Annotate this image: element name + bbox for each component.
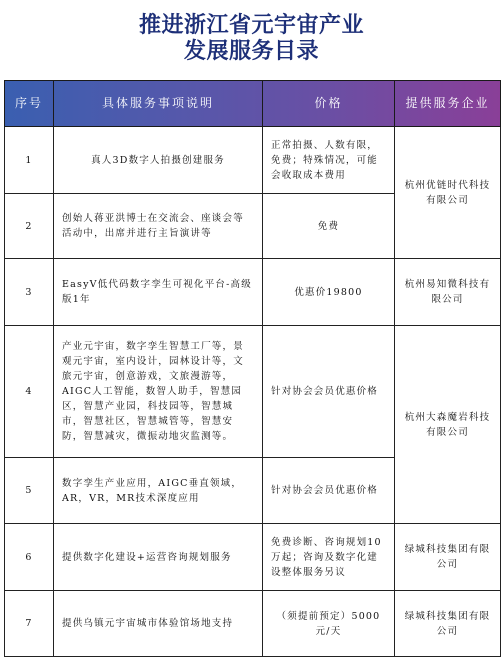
row-company: 杭州易知微科技有限公司 <box>395 259 501 326</box>
header-price: 价格 <box>263 81 395 127</box>
table-row: 4 产业元宇宙，数字孪生智慧工厂等，景观元宇宙，室内设计，园林设计等，文旅元宇宙… <box>5 326 501 458</box>
table-row: 6 提供数字化建设+运营咨询规划服务 免费诊断、咨询规划10万起；咨询及数字化建… <box>5 524 501 591</box>
table-row: 3 EasyV低代码数字孪生可视化平台-高级版1年 优惠价19800 杭州易知微… <box>5 259 501 326</box>
row-company: 绿城科技集团有限公司 <box>395 524 501 591</box>
row-price: 免费诊断、咨询规划10万起；咨询及数字化建设整体服务另议 <box>263 524 395 591</box>
row-number: 1 <box>5 127 54 194</box>
row-description: EasyV低代码数字孪生可视化平台-高级版1年 <box>54 259 263 326</box>
row-description: 产业元宇宙，数字孪生智慧工厂等，景观元宇宙，室内设计，园林设计等，文旅元宇宙，创… <box>54 326 263 458</box>
row-number: 5 <box>5 458 54 524</box>
row-number: 4 <box>5 326 54 458</box>
page-title-line-2: 发展服务目录 <box>0 34 503 65</box>
row-description: 创始人蒋亚洪博士在交流会、座谈会等活动中，出席并进行主旨演讲等 <box>54 194 263 259</box>
row-company: 杭州优链时代科技有限公司 <box>395 127 501 259</box>
header-number: 序号 <box>5 81 54 127</box>
row-description: 真人3D数字人拍摄创建服务 <box>54 127 263 194</box>
row-number: 7 <box>5 591 54 657</box>
row-number: 6 <box>5 524 54 591</box>
row-price: 针对协会会员优惠价格 <box>263 458 395 524</box>
row-number: 2 <box>5 194 54 259</box>
table-row: 1 真人3D数字人拍摄创建服务 正常拍摄、人数有限，免费；特殊情况，可能会收取成… <box>5 127 501 194</box>
service-catalog-table: 序号 具体服务事项说明 价格 提供服务企业 1 真人3D数字人拍摄创建服务 正常… <box>4 80 501 657</box>
row-description: 提供数字化建设+运营咨询规划服务 <box>54 524 263 591</box>
header-provider-company: 提供服务企业 <box>395 81 501 127</box>
table-row: 7 提供乌镇元宇宙城市体验馆场地支持 （须提前预定）5000元/天 绿城科技集团… <box>5 591 501 657</box>
row-price: 免费 <box>263 194 395 259</box>
row-price: 针对协会会员优惠价格 <box>263 326 395 458</box>
row-price: 正常拍摄、人数有限，免费；特殊情况，可能会收取成本费用 <box>263 127 395 194</box>
table-header-row: 序号 具体服务事项说明 价格 提供服务企业 <box>5 81 501 127</box>
row-description: 提供乌镇元宇宙城市体验馆场地支持 <box>54 591 263 657</box>
header-service-description: 具体服务事项说明 <box>54 81 263 127</box>
row-description: 数字孪生产业应用，AIGC垂直领域，AR，VR，MR技术深度应用 <box>54 458 263 524</box>
row-company: 绿城科技集团有限公司 <box>395 591 501 657</box>
row-price: 优惠价19800 <box>263 259 395 326</box>
row-price: （须提前预定）5000元/天 <box>263 591 395 657</box>
row-number: 3 <box>5 259 54 326</box>
row-company: 杭州大森魔岩科技有限公司 <box>395 326 501 524</box>
